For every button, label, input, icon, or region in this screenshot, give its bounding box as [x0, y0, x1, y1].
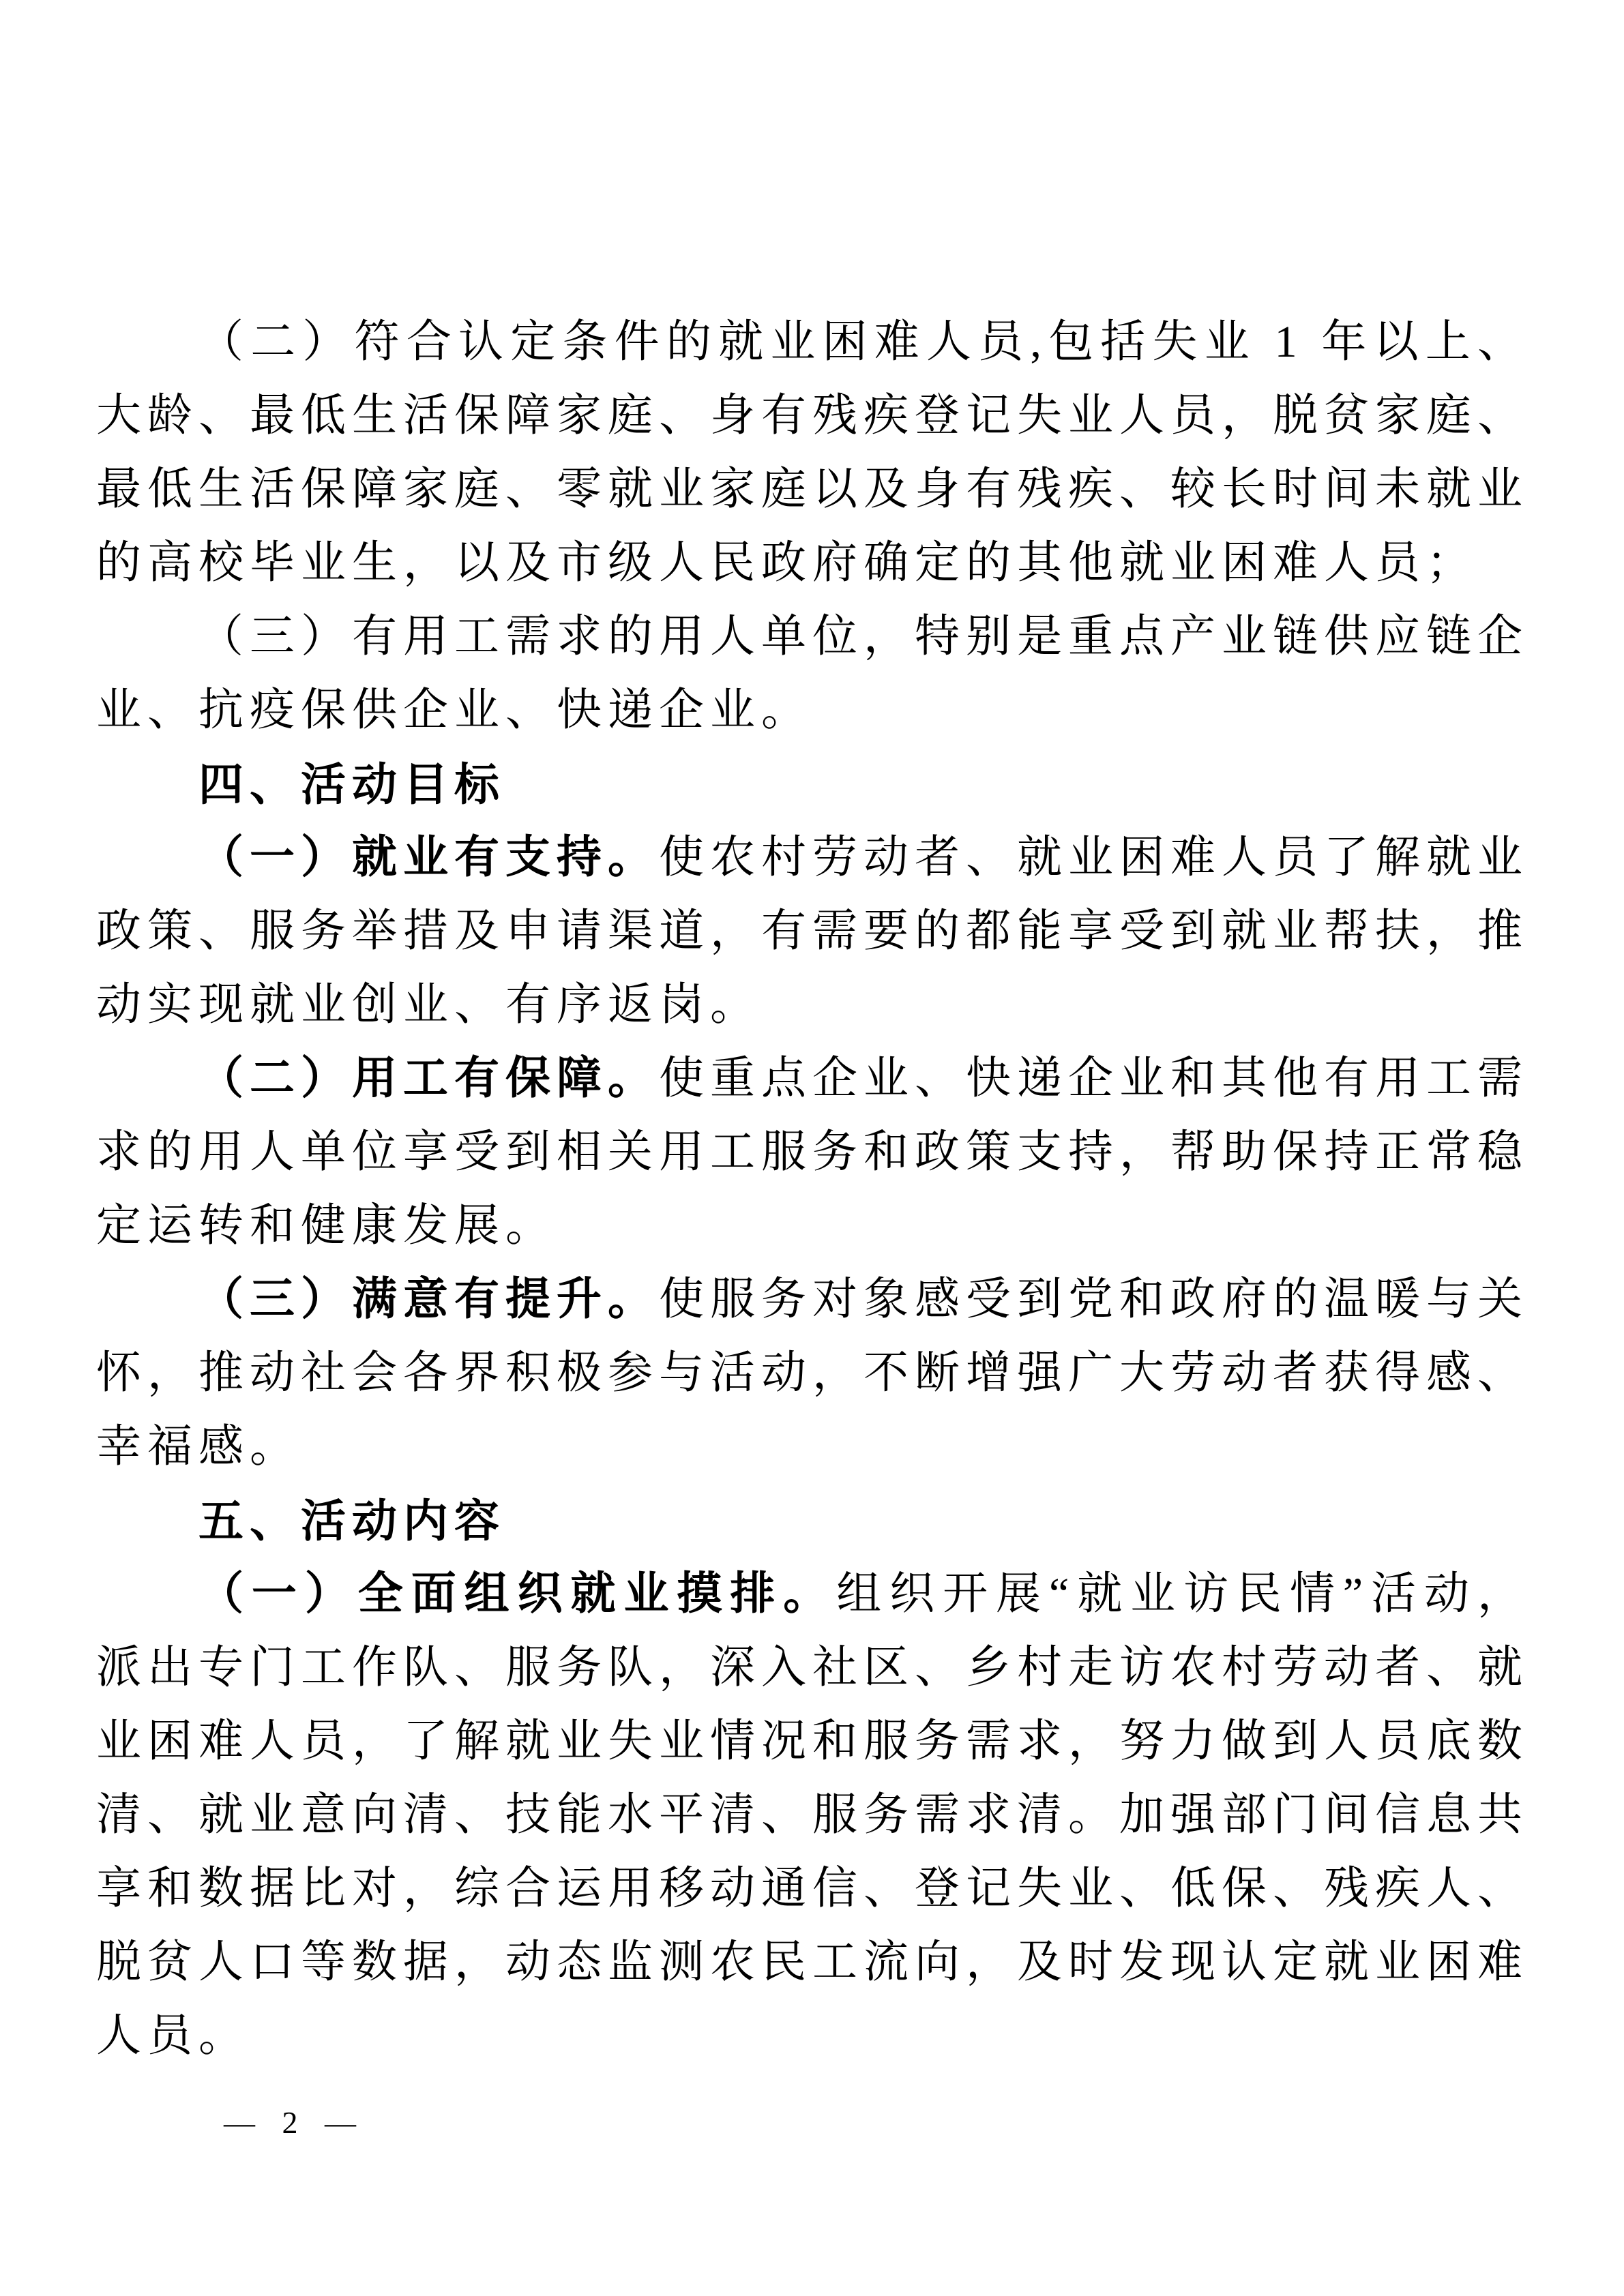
page-number: — 2 — — [224, 2104, 366, 2141]
section-heading: 五、活动内容 — [96, 1484, 1529, 1557]
document-body: （二）符合认定条件的就业困难人员,包括失业 1 年以上、大龄、最低生活保障家庭、… — [96, 305, 1529, 2073]
paragraph-lead: （二）用工有保障。 — [198, 1054, 659, 1103]
paragraph: （三）有用工需求的用人单位，特别是重点产业链供应链企业、抗疫保供企业、快递企业。 — [96, 600, 1529, 747]
paragraph-lead: （三）满意有提升。 — [198, 1274, 659, 1324]
paragraph-text: （三）有用工需求的用人单位，特别是重点产业链供应链企业、抗疫保供企业、快递企业。 — [96, 612, 1529, 735]
paragraph-lead: （一）全面组织就业摸排。 — [198, 1569, 836, 1619]
paragraph: （一）就业有支持。使农村劳动者、就业困难人员了解就业政策、服务举措及申请渠道，有… — [96, 821, 1529, 1042]
paragraph: （三）满意有提升。使服务对象感受到党和政府的温暖与关怀，推动社会各界积极参与活动… — [96, 1263, 1529, 1484]
paragraph-text: （二）符合认定条件的就业困难人员,包括失业 1 年以上、大龄、最低生活保障家庭、… — [96, 317, 1529, 588]
paragraph: （二）用工有保障。使重点企业、快递企业和其他有用工需求的用人单位享受到相关用工服… — [96, 1042, 1529, 1263]
section-heading: 四、活动目标 — [96, 747, 1529, 821]
document-page: （二）符合认定条件的就业困难人员,包括失业 1 年以上、大龄、最低生活保障家庭、… — [0, 0, 1624, 2296]
paragraph-text: 组织开展“就业访民情”活动，派出专门工作队、服务队，深入社区、乡村走访农村劳动者… — [96, 1569, 1529, 2061]
section-heading-text: 五、活动内容 — [198, 1495, 505, 1546]
paragraph-lead: （一）就业有支持。 — [198, 833, 659, 882]
section-heading-text: 四、活动目标 — [198, 759, 505, 809]
paragraph: （一）全面组织就业摸排。组织开展“就业访民情”活动，派出专门工作队、服务队，深入… — [96, 1557, 1529, 2073]
paragraph: （二）符合认定条件的就业困难人员,包括失业 1 年以上、大龄、最低生活保障家庭、… — [96, 305, 1529, 600]
